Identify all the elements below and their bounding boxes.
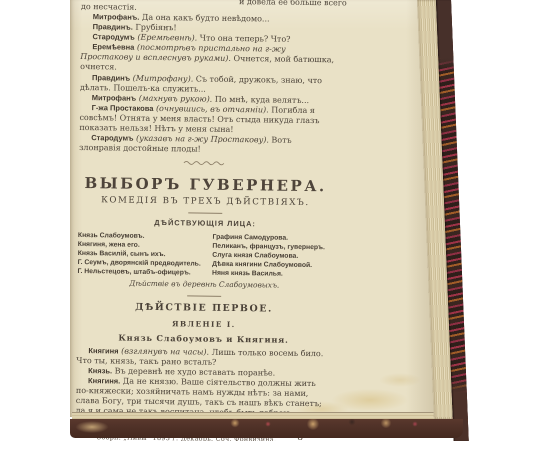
speaker-name: Г-жа Простакова: [92, 103, 154, 113]
stage-direction: (Еремѣевнѣ).: [137, 33, 197, 43]
rule-divider: [188, 213, 222, 214]
speaker-name: Правдинъ.: [93, 22, 133, 32]
rule-divider: [187, 295, 221, 296]
page: до несчастія. и довела ее больше всего М…: [70, 0, 436, 417]
speaker-name: Еремѣевна: [92, 42, 134, 52]
cast-column-right: Графиня Самодурова. Пеликанъ, французъ, …: [212, 232, 332, 280]
cast-column-left: Князь Слабоумовъ. Княгиня, жена его. Кня…: [77, 230, 212, 278]
dialogue-paragraph: Г-жа Простакова (очнувшись, въ отчаяніи)…: [79, 103, 333, 137]
speaker-name: Правдинъ: [92, 73, 130, 82]
speaker-name: Митрофанъ.: [93, 12, 140, 22]
cast-header: ДѢЙСТВУЮЩІЯ ЛИЦА:: [78, 217, 332, 230]
speaker-name: Митрофанъ: [92, 93, 137, 103]
page-text-block: до несчастія. и довела ее больше всего М…: [75, 2, 335, 441]
dialogue-text: Грубіянъ!: [135, 23, 176, 33]
stage-direction: (очнувшись, въ отчаяніи).: [156, 104, 269, 114]
squiggle-divider-icon: [183, 160, 229, 167]
dialogue-paragraph: Стародумъ (указавъ на г-жу Простакову). …: [79, 133, 333, 157]
speaker-name: Стародумъ: [91, 133, 133, 143]
scene-characters: Князь Слабоумовъ и Княгиня.: [77, 332, 331, 345]
stage-direction: (махнувъ рукою).: [139, 94, 213, 104]
dialogue-paragraph: Еремѣевна (посмотрѣвъ пристально на г-жу…: [80, 42, 334, 76]
dialogue-text: Да она какъ будто невѣдомо...: [142, 13, 270, 24]
cast-item: Няня князь Василья.: [212, 269, 332, 280]
speaker-name: Стародумъ: [92, 32, 134, 42]
top-fragment-left: до несчастія.: [81, 2, 137, 12]
stage-direction: (взглянувъ на часы).: [121, 346, 209, 356]
setting-line: Дѣйствіе въ деревнѣ Слабоумовыхъ.: [77, 277, 331, 290]
top-fragment-right: и довела ее больше всего: [239, 0, 347, 9]
speaker-name: Княгиня.: [88, 376, 120, 385]
dialogue-text: Что она теперь? Что?: [200, 34, 291, 44]
act-heading: ДѢЙСТВІЕ ПЕРВОЕ.: [77, 302, 331, 315]
scene-heading: ЯВЛЕНІЕ I.: [77, 318, 331, 331]
cast-list: Князь Слабоумовъ. Княгиня, жена его. Кня…: [77, 230, 332, 279]
stage-direction: (указавъ на г-жу Простакову).: [136, 134, 269, 145]
cover-bottom-strip: [70, 419, 463, 438]
stage-direction: (Митрофану).: [133, 73, 194, 83]
speaker-name: Князь.: [88, 366, 112, 375]
play-title: ВЫБОРЪ ГУВЕРНЕРА.: [79, 175, 333, 194]
dialogue-text: По мнѣ, куда велятъ...: [215, 95, 309, 105]
play-subtitle: КОМЕДІЯ ВЪ ТРЕХЪ ДѢЙСТВІЯХЪ.: [78, 195, 332, 208]
cast-item: Г. Нельстецовъ, штабъ-офицеръ.: [77, 267, 212, 278]
book-photo: до несчастія. и довела ее больше всего М…: [0, 0, 550, 450]
speaker-name: Княгиня: [88, 346, 118, 355]
book: до несчастія. и довела ее больше всего М…: [70, 0, 470, 441]
